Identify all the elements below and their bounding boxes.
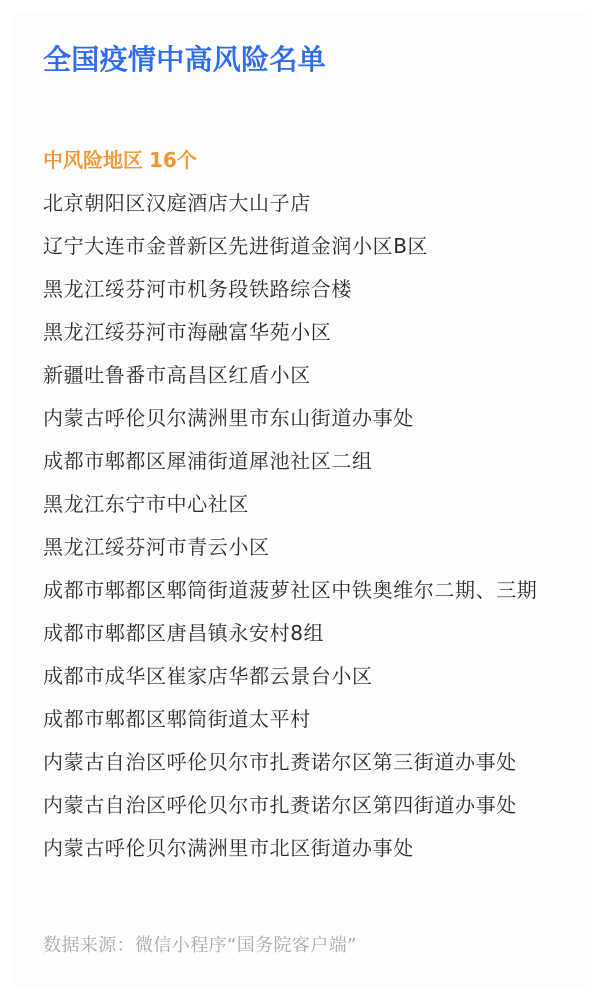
list-item: 成都市郫都区唐昌镇永安村8组	[43, 612, 565, 655]
data-source-note: 数据来源：微信小程序“国务院客户端”	[43, 926, 357, 966]
list-item: 黑龙江绥芬河市海融富华苑小区	[43, 311, 565, 354]
page-title: 全国疫情中高风险名单	[43, 40, 326, 80]
medium-risk-section: 中风险地区16个 北京朝阳区汉庭酒店大山子店 辽宁大连市金普新区先进街道金润小区…	[43, 140, 565, 870]
list-item: 成都市成华区崔家店华都云景台小区	[43, 655, 565, 698]
list-item: 黑龙江绥芬河市青云小区	[43, 526, 565, 569]
list-item: 黑龙江绥芬河市机务段铁路综合楼	[43, 268, 565, 311]
list-item: 新疆吐鲁番市高昌区红盾小区	[43, 354, 565, 397]
list-item: 内蒙古呼伦贝尔满洲里市东山街道办事处	[43, 397, 565, 440]
list-item: 成都市郫都区郫筒街道菠萝社区中铁奥维尔二期、三期	[43, 569, 565, 612]
area-count: 16个	[149, 148, 197, 172]
list-item: 黑龙江东宁市中心社区	[43, 483, 565, 526]
list-item: 内蒙古呼伦贝尔满洲里市北区街道办事处	[43, 827, 565, 870]
list-item: 内蒙古自治区呼伦贝尔市扎赉诺尔区第四街道办事处	[43, 784, 565, 827]
section-header: 中风险地区16个	[43, 140, 565, 180]
section-label: 中风险地区	[43, 148, 143, 172]
area-list: 北京朝阳区汉庭酒店大山子店 辽宁大连市金普新区先进街道金润小区B区 黑龙江绥芬河…	[43, 182, 565, 870]
list-item: 内蒙古自治区呼伦贝尔市扎赉诺尔区第三街道办事处	[43, 741, 565, 784]
list-item: 成都市郫都区郫筒街道太平村	[43, 698, 565, 741]
list-item: 北京朝阳区汉庭酒店大山子店	[43, 182, 565, 225]
list-item: 辽宁大连市金普新区先进街道金润小区B区	[43, 225, 565, 268]
list-item: 成都市郫都区犀浦街道犀池社区二组	[43, 440, 565, 483]
